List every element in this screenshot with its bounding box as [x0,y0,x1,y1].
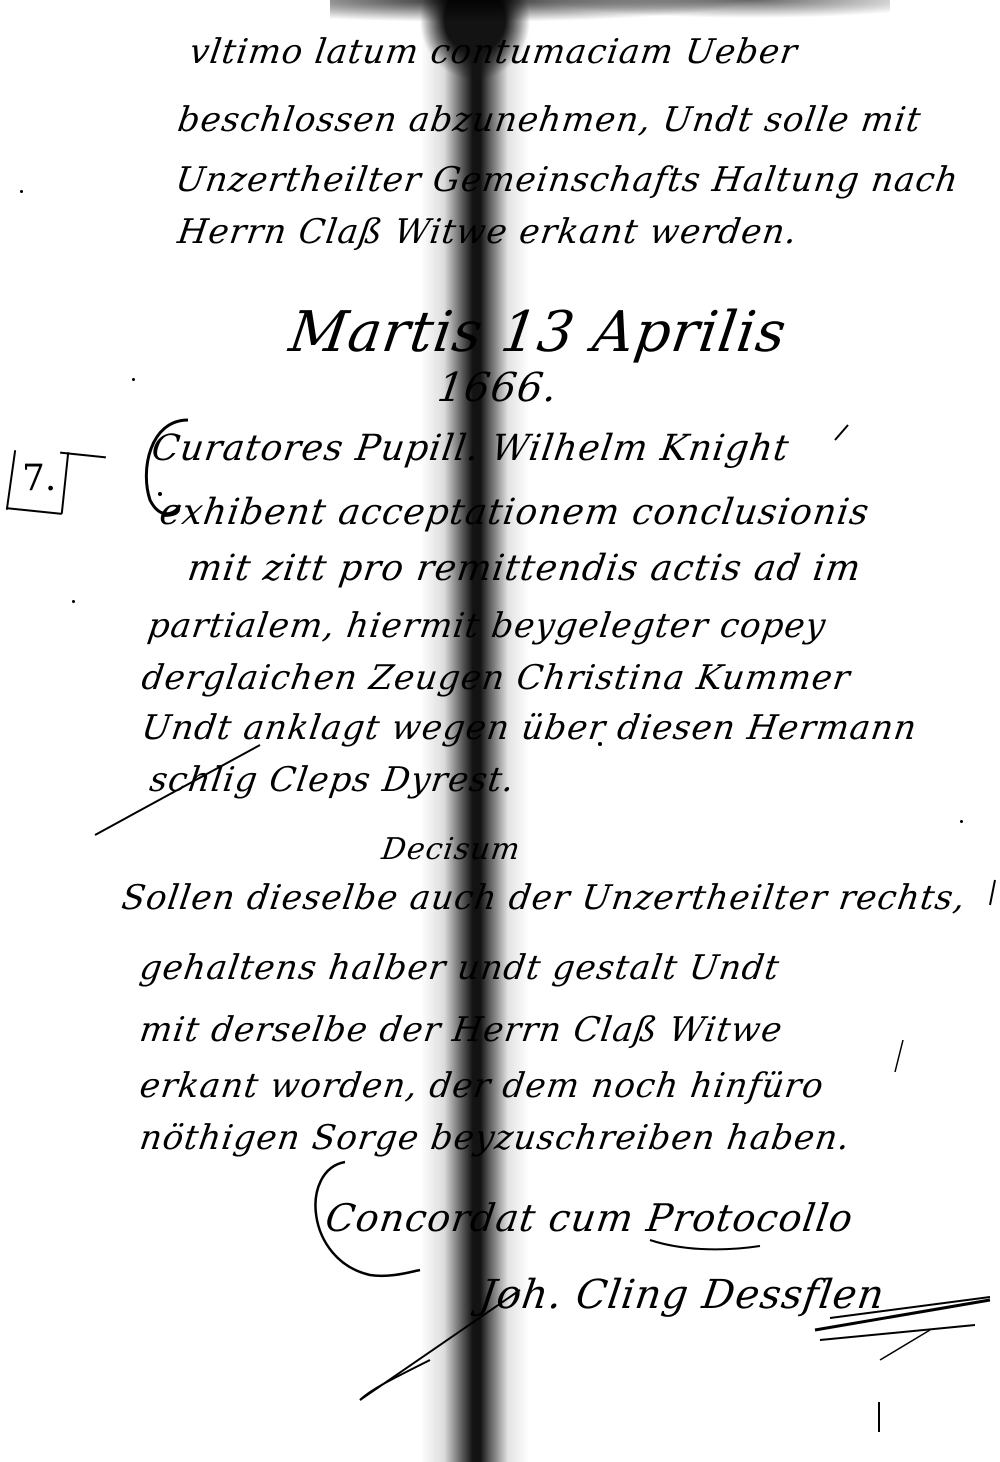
ink-speck [20,190,23,193]
ink-speck [158,492,162,496]
ink-speck [598,742,602,746]
document-page: vltimo latum contumaciam Ueber beschloss… [0,0,1000,1462]
pen-flourishes [0,0,1000,1462]
ink-speck [132,378,135,381]
ink-speck [960,820,963,823]
ink-mark [878,1402,880,1432]
ink-speck [72,600,75,603]
